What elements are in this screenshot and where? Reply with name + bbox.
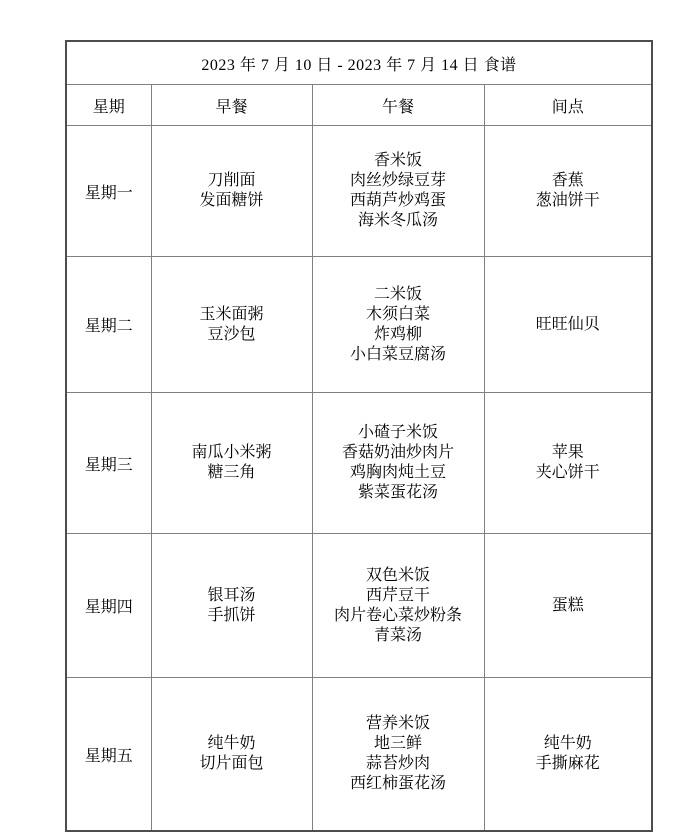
- lunch-cell: 营养米饭 地三鲜 蒜苔炒肉 西红柿蛋花汤: [312, 678, 484, 832]
- table-row: 星期四 银耳汤 手抓饼 双色米饭 西芹豆干 肉片卷心菜炒粉条 青菜汤 蛋糕: [66, 534, 652, 678]
- menu-table: 2023 年 7 月 10 日 - 2023 年 7 月 14 日 食谱 星期 …: [65, 40, 653, 832]
- breakfast-cell: 银耳汤 手抓饼: [151, 534, 312, 678]
- table-row: 星期三 南瓜小米粥 糖三角 小碴子米饭 香菇奶油炒肉片 鸡胸肉炖土豆 紫菜蛋花汤…: [66, 393, 652, 534]
- header-breakfast: 早餐: [151, 85, 312, 126]
- table-row: 星期五 纯牛奶 切片面包 营养米饭 地三鲜 蒜苔炒肉 西红柿蛋花汤 纯牛奶 手撕…: [66, 678, 652, 832]
- title-row: 2023 年 7 月 10 日 - 2023 年 7 月 14 日 食谱: [66, 41, 652, 85]
- day-label: 星期三: [66, 393, 151, 534]
- day-label: 星期一: [66, 126, 151, 257]
- snack-cell: 纯牛奶 手撕麻花: [484, 678, 652, 832]
- header-week: 星期: [66, 85, 151, 126]
- header-row: 星期 早餐 午餐 间点: [66, 85, 652, 126]
- table-row: 星期一 刀削面 发面糖饼 香米饭 肉丝炒绿豆芽 西葫芦炒鸡蛋 海米冬瓜汤 香蕉 …: [66, 126, 652, 257]
- lunch-cell: 小碴子米饭 香菇奶油炒肉片 鸡胸肉炖土豆 紫菜蛋花汤: [312, 393, 484, 534]
- header-lunch: 午餐: [312, 85, 484, 126]
- document-page: 2023 年 7 月 10 日 - 2023 年 7 月 14 日 食谱 星期 …: [0, 0, 700, 835]
- lunch-cell: 香米饭 肉丝炒绿豆芽 西葫芦炒鸡蛋 海米冬瓜汤: [312, 126, 484, 257]
- breakfast-cell: 纯牛奶 切片面包: [151, 678, 312, 832]
- day-label: 星期五: [66, 678, 151, 832]
- breakfast-cell: 刀削面 发面糖饼: [151, 126, 312, 257]
- table-title: 2023 年 7 月 10 日 - 2023 年 7 月 14 日 食谱: [66, 41, 652, 85]
- lunch-cell: 二米饭 木须白菜 炸鸡柳 小白菜豆腐汤: [312, 257, 484, 393]
- header-snack: 间点: [484, 85, 652, 126]
- snack-cell: 蛋糕: [484, 534, 652, 678]
- table-row: 星期二 玉米面粥 豆沙包 二米饭 木须白菜 炸鸡柳 小白菜豆腐汤 旺旺仙贝: [66, 257, 652, 393]
- snack-cell: 香蕉 葱油饼干: [484, 126, 652, 257]
- day-label: 星期二: [66, 257, 151, 393]
- lunch-cell: 双色米饭 西芹豆干 肉片卷心菜炒粉条 青菜汤: [312, 534, 484, 678]
- breakfast-cell: 南瓜小米粥 糖三角: [151, 393, 312, 534]
- snack-cell: 旺旺仙贝: [484, 257, 652, 393]
- day-label: 星期四: [66, 534, 151, 678]
- snack-cell: 苹果 夹心饼干: [484, 393, 652, 534]
- breakfast-cell: 玉米面粥 豆沙包: [151, 257, 312, 393]
